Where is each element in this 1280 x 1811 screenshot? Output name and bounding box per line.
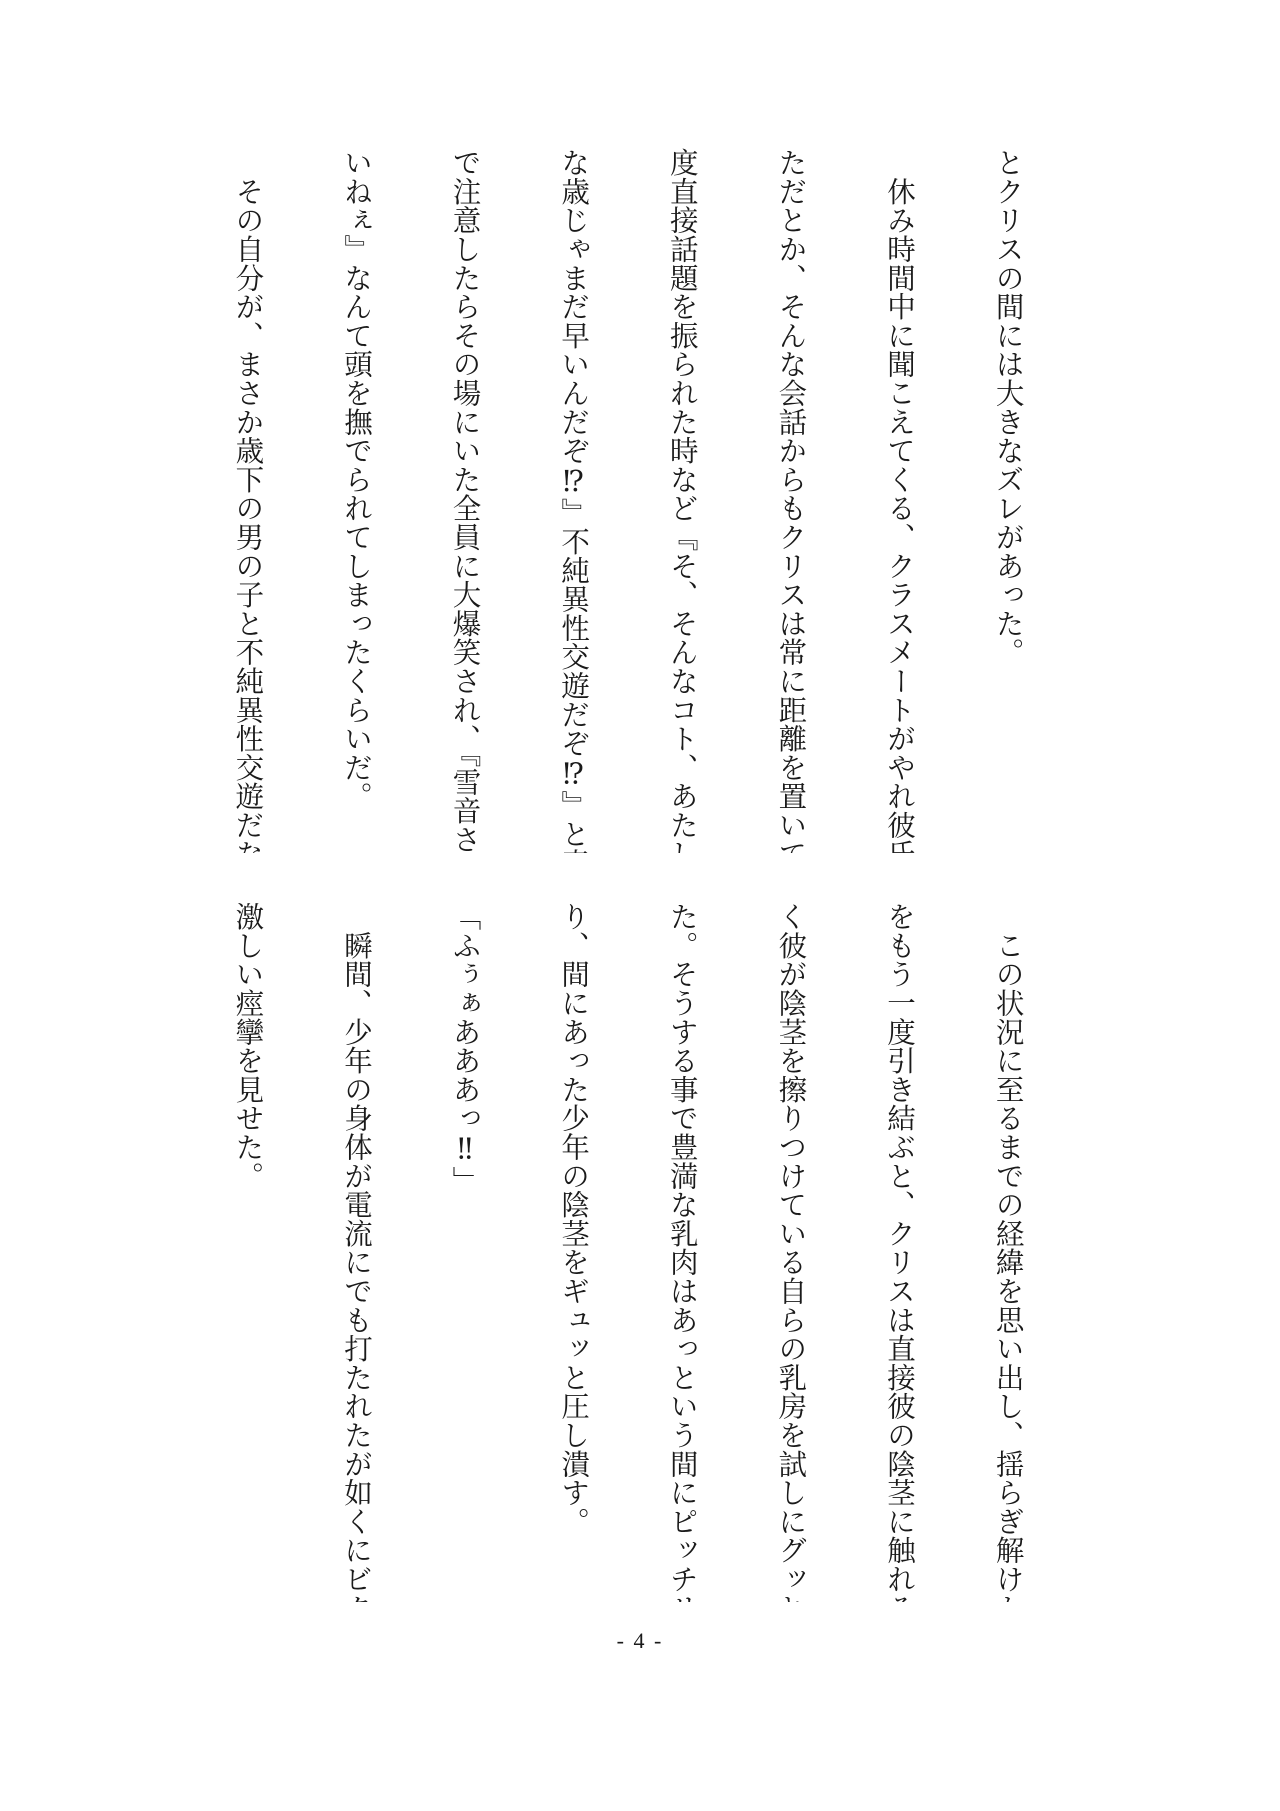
text-column: で注意したらその場にいた全員に大爆笑され、『雪音さんは可愛 (446, 148, 482, 853)
text-column: とクリスの間には大きなズレがあった。 (989, 148, 1025, 853)
text-column: いねぇ』なんて頭を撫でられてしまったくらいだ。 (338, 148, 374, 853)
text-column: この状況に至るまでの経緯を思い出し、揺らぎ解けかけた決意 (989, 902, 1025, 1602)
text-column: た。そうする事で豊満な乳肉はあっという間にピッチリと合わさ (664, 902, 700, 1602)
text-column: な歳じゃまだ早いんだぞ⁉』不純異性交遊だぞ⁉』と真っ赤な顔 (555, 148, 591, 853)
text-column: その自分が、まさか歳下の男の子と不純異性交遊だなんてほん (229, 148, 265, 853)
text-column: 度直接話題を振られた時など『そ、そんなコト、あたしらみたい (664, 148, 700, 853)
text-column: 瞬間、少年の身体が電流にでも打たれたが如くにビクビクンと (338, 902, 374, 1602)
text-column: 「ふぅぁあああっ‼」 (446, 902, 482, 1602)
document-page: とクリスの間には大きなズレがあった。 休み時間中に聞こえてくる、クラスメートがや… (0, 0, 1280, 1811)
text-column: 激しい痙攣を見せた。 (229, 902, 265, 1602)
text-column: をもう一度引き結ぶと、クリスは直接彼の陰茎に触れるのではな (881, 902, 917, 1602)
text-column: り、間にあった少年の陰茎をギュッと圧し潰す。 (555, 902, 591, 1602)
text-column: く彼が陰茎を擦りつけている自らの乳房を試しにグッと寄せてみ (772, 902, 808, 1602)
text-block-lower: この状況に至るまでの経緯を思い出し、揺らぎ解けかけた決意 をもう一度引き結ぶと、… (178, 902, 1098, 1602)
text-column: ただとか、そんな会話からもクリスは常に距離を置いていた。一 (772, 148, 808, 853)
text-column: 休み時間中に聞こえてくる、クラスメートがやれ彼氏とどうし (881, 148, 917, 853)
text-block-upper: とクリスの間には大きなズレがあった。 休み時間中に聞こえてくる、クラスメートがや… (178, 148, 1098, 853)
page-number: - 4 - (0, 1628, 1280, 1654)
